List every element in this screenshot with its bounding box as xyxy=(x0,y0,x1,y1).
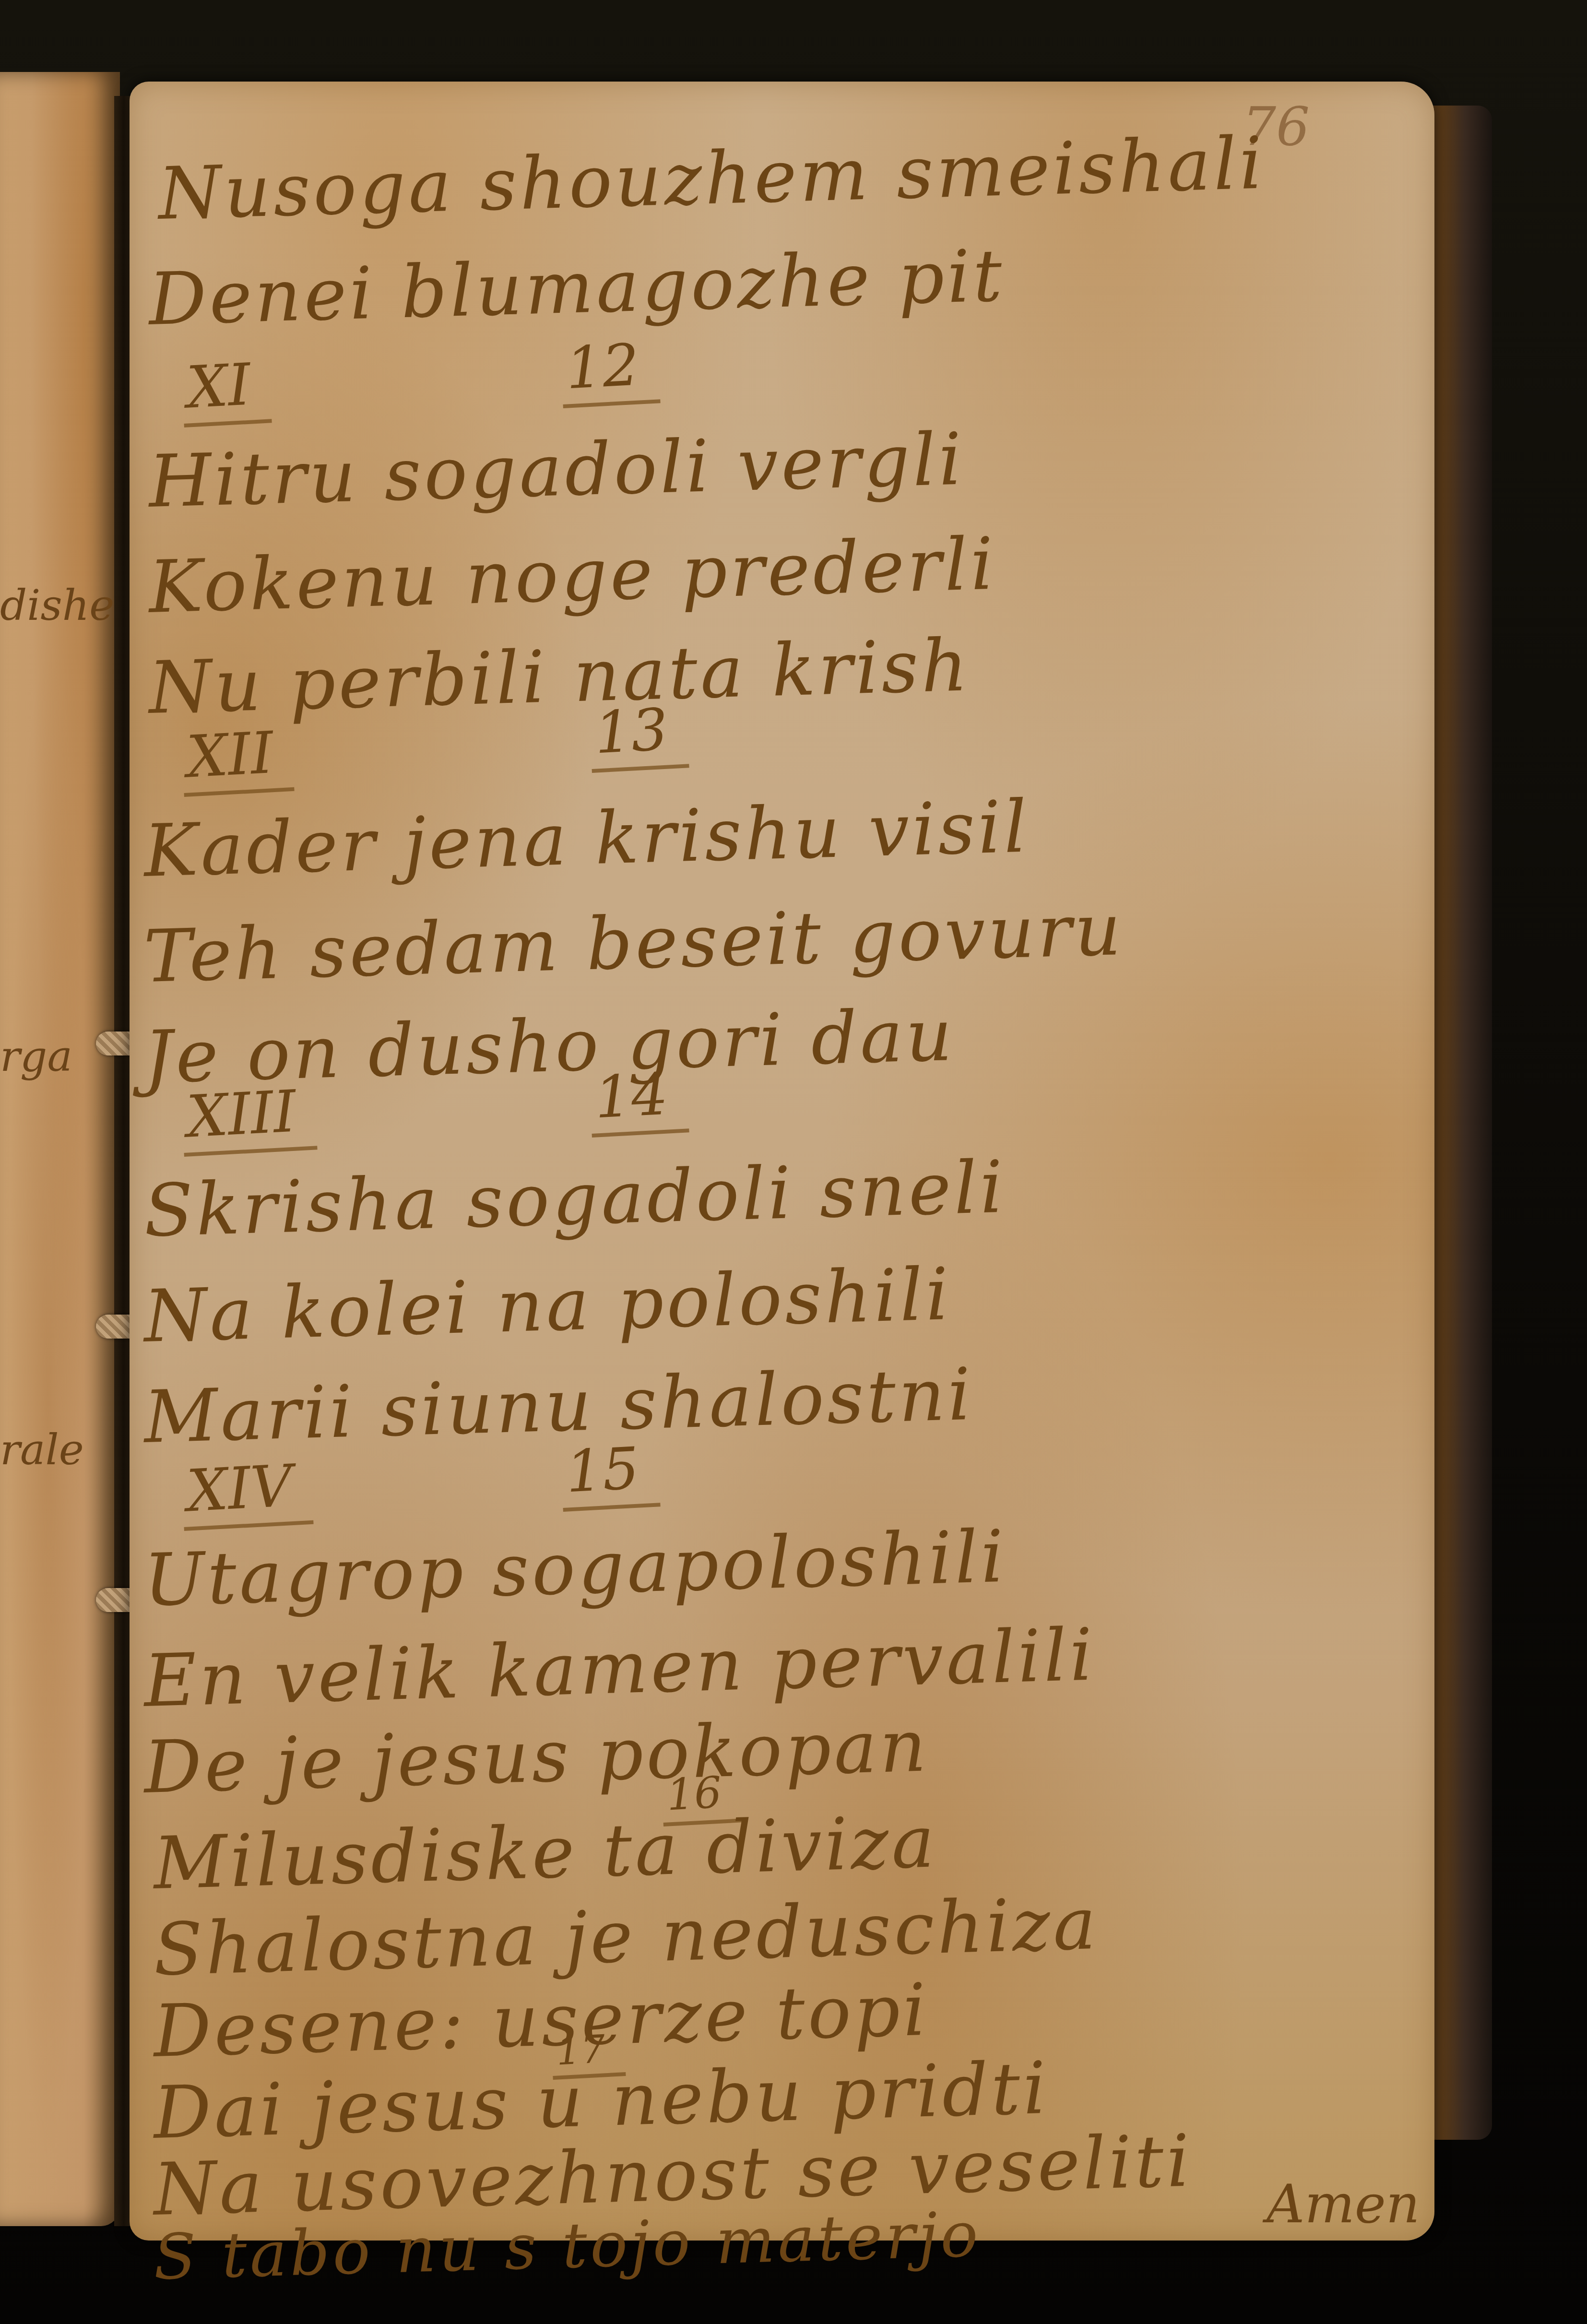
text-line: Kokenu noge prederli xyxy=(148,528,997,624)
station-marker: XI xyxy=(180,351,272,427)
text-line: Marii siunu shalostni xyxy=(143,1359,974,1454)
text-line: Teh sedam beseit govuru xyxy=(143,894,1125,993)
left-page-word: dishe xyxy=(0,581,114,630)
stanza-number: 12 xyxy=(559,331,660,408)
manuscript-page: 76 Nusoga shouzhem smeishali Denei bluma… xyxy=(130,82,1434,2241)
stanza-number: 14 xyxy=(588,1060,689,1137)
station-marker: XIV xyxy=(180,1452,313,1531)
left-page-fragment: dishe rga rale xyxy=(0,72,120,2226)
station-marker: XIII xyxy=(180,1078,317,1157)
text-line: Skrisha sogadoli sneli xyxy=(143,1151,1007,1247)
text-line: Nu perbili nata krish xyxy=(148,629,971,724)
stanza-number: 15 xyxy=(559,1434,660,1511)
station-marker: XII xyxy=(180,719,295,797)
left-page-word: rga xyxy=(0,1032,72,1081)
text-line: Hitru sogadoli vergli xyxy=(148,424,965,518)
text-line: Denei blumagozhe pit xyxy=(148,240,1006,336)
text-line: Na kolei na poloshili xyxy=(143,1258,952,1353)
stanza-number: 13 xyxy=(588,695,689,772)
text-line: Kader jena krishu visil xyxy=(143,791,1030,888)
text-line: En velik kamen pervalili xyxy=(143,1619,1096,1718)
text-line: Shalostna je neduschiza xyxy=(153,1888,1100,1986)
text-line: Nusoga shouzhem smeishali xyxy=(157,128,1266,230)
closing-amen: Amen xyxy=(1267,2173,1420,2235)
text-line: De je jesus pokopan xyxy=(143,1710,930,1804)
text-line: Milusdiske ta diviza xyxy=(153,1806,938,1900)
left-page-word: rale xyxy=(0,1425,84,1474)
text-line: Utagrop sogapoloshili xyxy=(143,1521,1007,1617)
